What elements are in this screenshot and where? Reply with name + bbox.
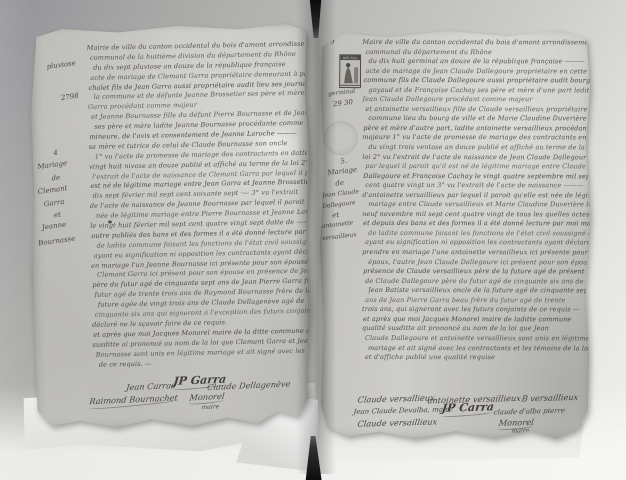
manuscript-line: ans de Jean Pierre Garra beau frère du f… — [365, 296, 592, 306]
signature-title: maire — [201, 403, 219, 411]
signature: Jean Claude Devalba, maire — [353, 405, 453, 416]
right-margin-title-line: Mariage — [327, 166, 357, 177]
manuscript-line: d'antoinette versaillieux par lequel il … — [362, 191, 592, 201]
manuscript-line: père et mère d'autre part, ladite antoin… — [363, 124, 592, 134]
manuscript-line: présence de Claude versaillieux père de … — [363, 267, 592, 277]
manuscript-line: Dallegoure et Françoise Cachay le vingt … — [363, 172, 592, 182]
embossed-seal — [324, 121, 358, 155]
manuscript-line: commune fils de Claude Dallegoure aussi … — [363, 76, 592, 86]
right-margin-days: 29 30 — [333, 98, 354, 108]
right-page: 279 REP. FRA. germinal 29 30 5. Mariage … — [316, 25, 597, 445]
manuscript-line: de ladite commune faisant les fonctions … — [368, 229, 592, 239]
right-margin-title-line: antoinette — [322, 219, 354, 230]
right-margin-title-line: Jean Claude — [322, 188, 359, 199]
revenue-stamp-icon: REP. FRA. — [339, 54, 361, 88]
manuscript-line: qualité susditte ait prononcé au nom de … — [362, 324, 592, 334]
left-margin-title-line: de — [51, 173, 61, 182]
manuscript-line: de Claude Dallegoure père du futur agé d… — [365, 277, 592, 287]
manuscript-line: et après que moi Jacques Monorel maire d… — [363, 315, 592, 325]
manuscript-line: Claude Dallegoure et antoinette versaill… — [365, 334, 592, 344]
left-margin-title-line: et — [53, 211, 61, 220]
right-page-text: Maire de ville du canton occidental du b… — [362, 38, 593, 363]
stamp-label: REP. FRA. — [342, 56, 358, 60]
signature: Raimond Bournachet — [89, 392, 179, 408]
left-margin-month: pluviose — [46, 59, 76, 71]
manuscript-line: majeure 1° vu l'acte de promesse de mari… — [362, 133, 592, 143]
left-margin-title-line: Bournasse — [38, 235, 76, 248]
manuscript-line: acte de mariage de Jean Claude Dallegour… — [365, 67, 592, 77]
manuscript-line: et antoinette versaillieux fille de Clau… — [365, 105, 592, 115]
right-margin-month: germinal — [328, 88, 356, 98]
manuscript-line: mariage et ait signé avec les contractan… — [368, 343, 592, 353]
signature-title: maire — [511, 427, 530, 434]
right-margin-title-line: Dallegoure — [322, 199, 356, 210]
signature: JP Carra — [441, 400, 495, 416]
manuscript-line: par lequel il paroit qu'il est né de lég… — [365, 162, 592, 172]
left-margin-title-line: Garra — [43, 198, 65, 209]
right-margin-entry-number: 5. — [340, 157, 348, 166]
left-page: pluviose 2798 4 Mariage de Clemant Garra… — [28, 21, 314, 433]
left-page-wrap: pluviose 2798 4 Mariage de Clemant Garra… — [30, 22, 312, 432]
manuscript-line: du vingt trois ventose an douze publié e… — [368, 143, 592, 153]
signature: Jean Carras — [126, 380, 176, 392]
manuscript-line: Jean Claude Dallegoure procédant comme m… — [362, 95, 592, 105]
signature: Claude versaillieux — [357, 416, 438, 428]
signature: Claude versallieux — [357, 393, 435, 405]
right-margin-title-line: de — [335, 179, 344, 188]
manuscript-line: neuf novembre mil sept cent quatre vingt… — [362, 210, 592, 220]
right-page-wrap: 279 REP. FRA. germinal 29 30 5. Mariage … — [317, 26, 595, 444]
manuscript-line: mariage entre Claude versaillieux et Mar… — [368, 200, 592, 210]
signature: claude d'alba pierre — [493, 407, 566, 417]
register-scan: pluviose 2798 4 Mariage de Clemant Garra… — [0, 0, 626, 480]
manuscript-line: trois ans, qui signeront avec les futurs… — [362, 305, 592, 315]
manuscript-line: goyaud et de Françoise Cachay ses père e… — [368, 86, 592, 96]
manuscript-line: ayant eu signification ni opposition les… — [365, 238, 592, 248]
left-margin-title-line: Mariage — [37, 159, 68, 171]
left-margin-title-line: Jeanne — [42, 220, 67, 231]
signature: B versaillieux — [521, 392, 579, 404]
left-margin-year: 2798 — [60, 92, 79, 102]
manuscript-line: Maire de ville du canton occidental du b… — [363, 38, 593, 48]
left-page-text: Mairie de ville du canton occidental du … — [87, 40, 311, 371]
republic-figure-icon — [346, 63, 350, 67]
manuscript-line: du dix huit germinal an douze de la répu… — [368, 57, 592, 67]
page-number: 279 — [321, 38, 335, 47]
manuscript-line: époux, l'autre Jean Claude Dallegoure ic… — [368, 258, 592, 268]
left-margin-title-line: Clemant — [37, 184, 68, 196]
manuscript-line: loi 2° vu l'extrait de l'acte de naissan… — [362, 153, 592, 163]
left-margin-entry-number: 4 — [53, 149, 58, 158]
manuscript-line: Jean Batiste versaillieux oncle de la fu… — [368, 286, 592, 296]
right-margin-title-line: versaillieux — [322, 231, 358, 242]
manuscript-line: communal du département du Rhône — [365, 47, 592, 57]
manuscript-line: et depuis des bans et des formes il a ét… — [363, 219, 592, 229]
manuscript-line: cent quatre vingt un 3° vu l'extrait de … — [365, 181, 592, 191]
manuscript-line: prendre en mariage l'une antoinette vers… — [362, 248, 592, 258]
manuscript-line: commune lieu du bourg de ville et de Mar… — [368, 114, 592, 124]
manuscript-line: et d'affiche publié une qualité requise — [365, 353, 592, 363]
right-margin-title-line: et — [332, 211, 340, 220]
